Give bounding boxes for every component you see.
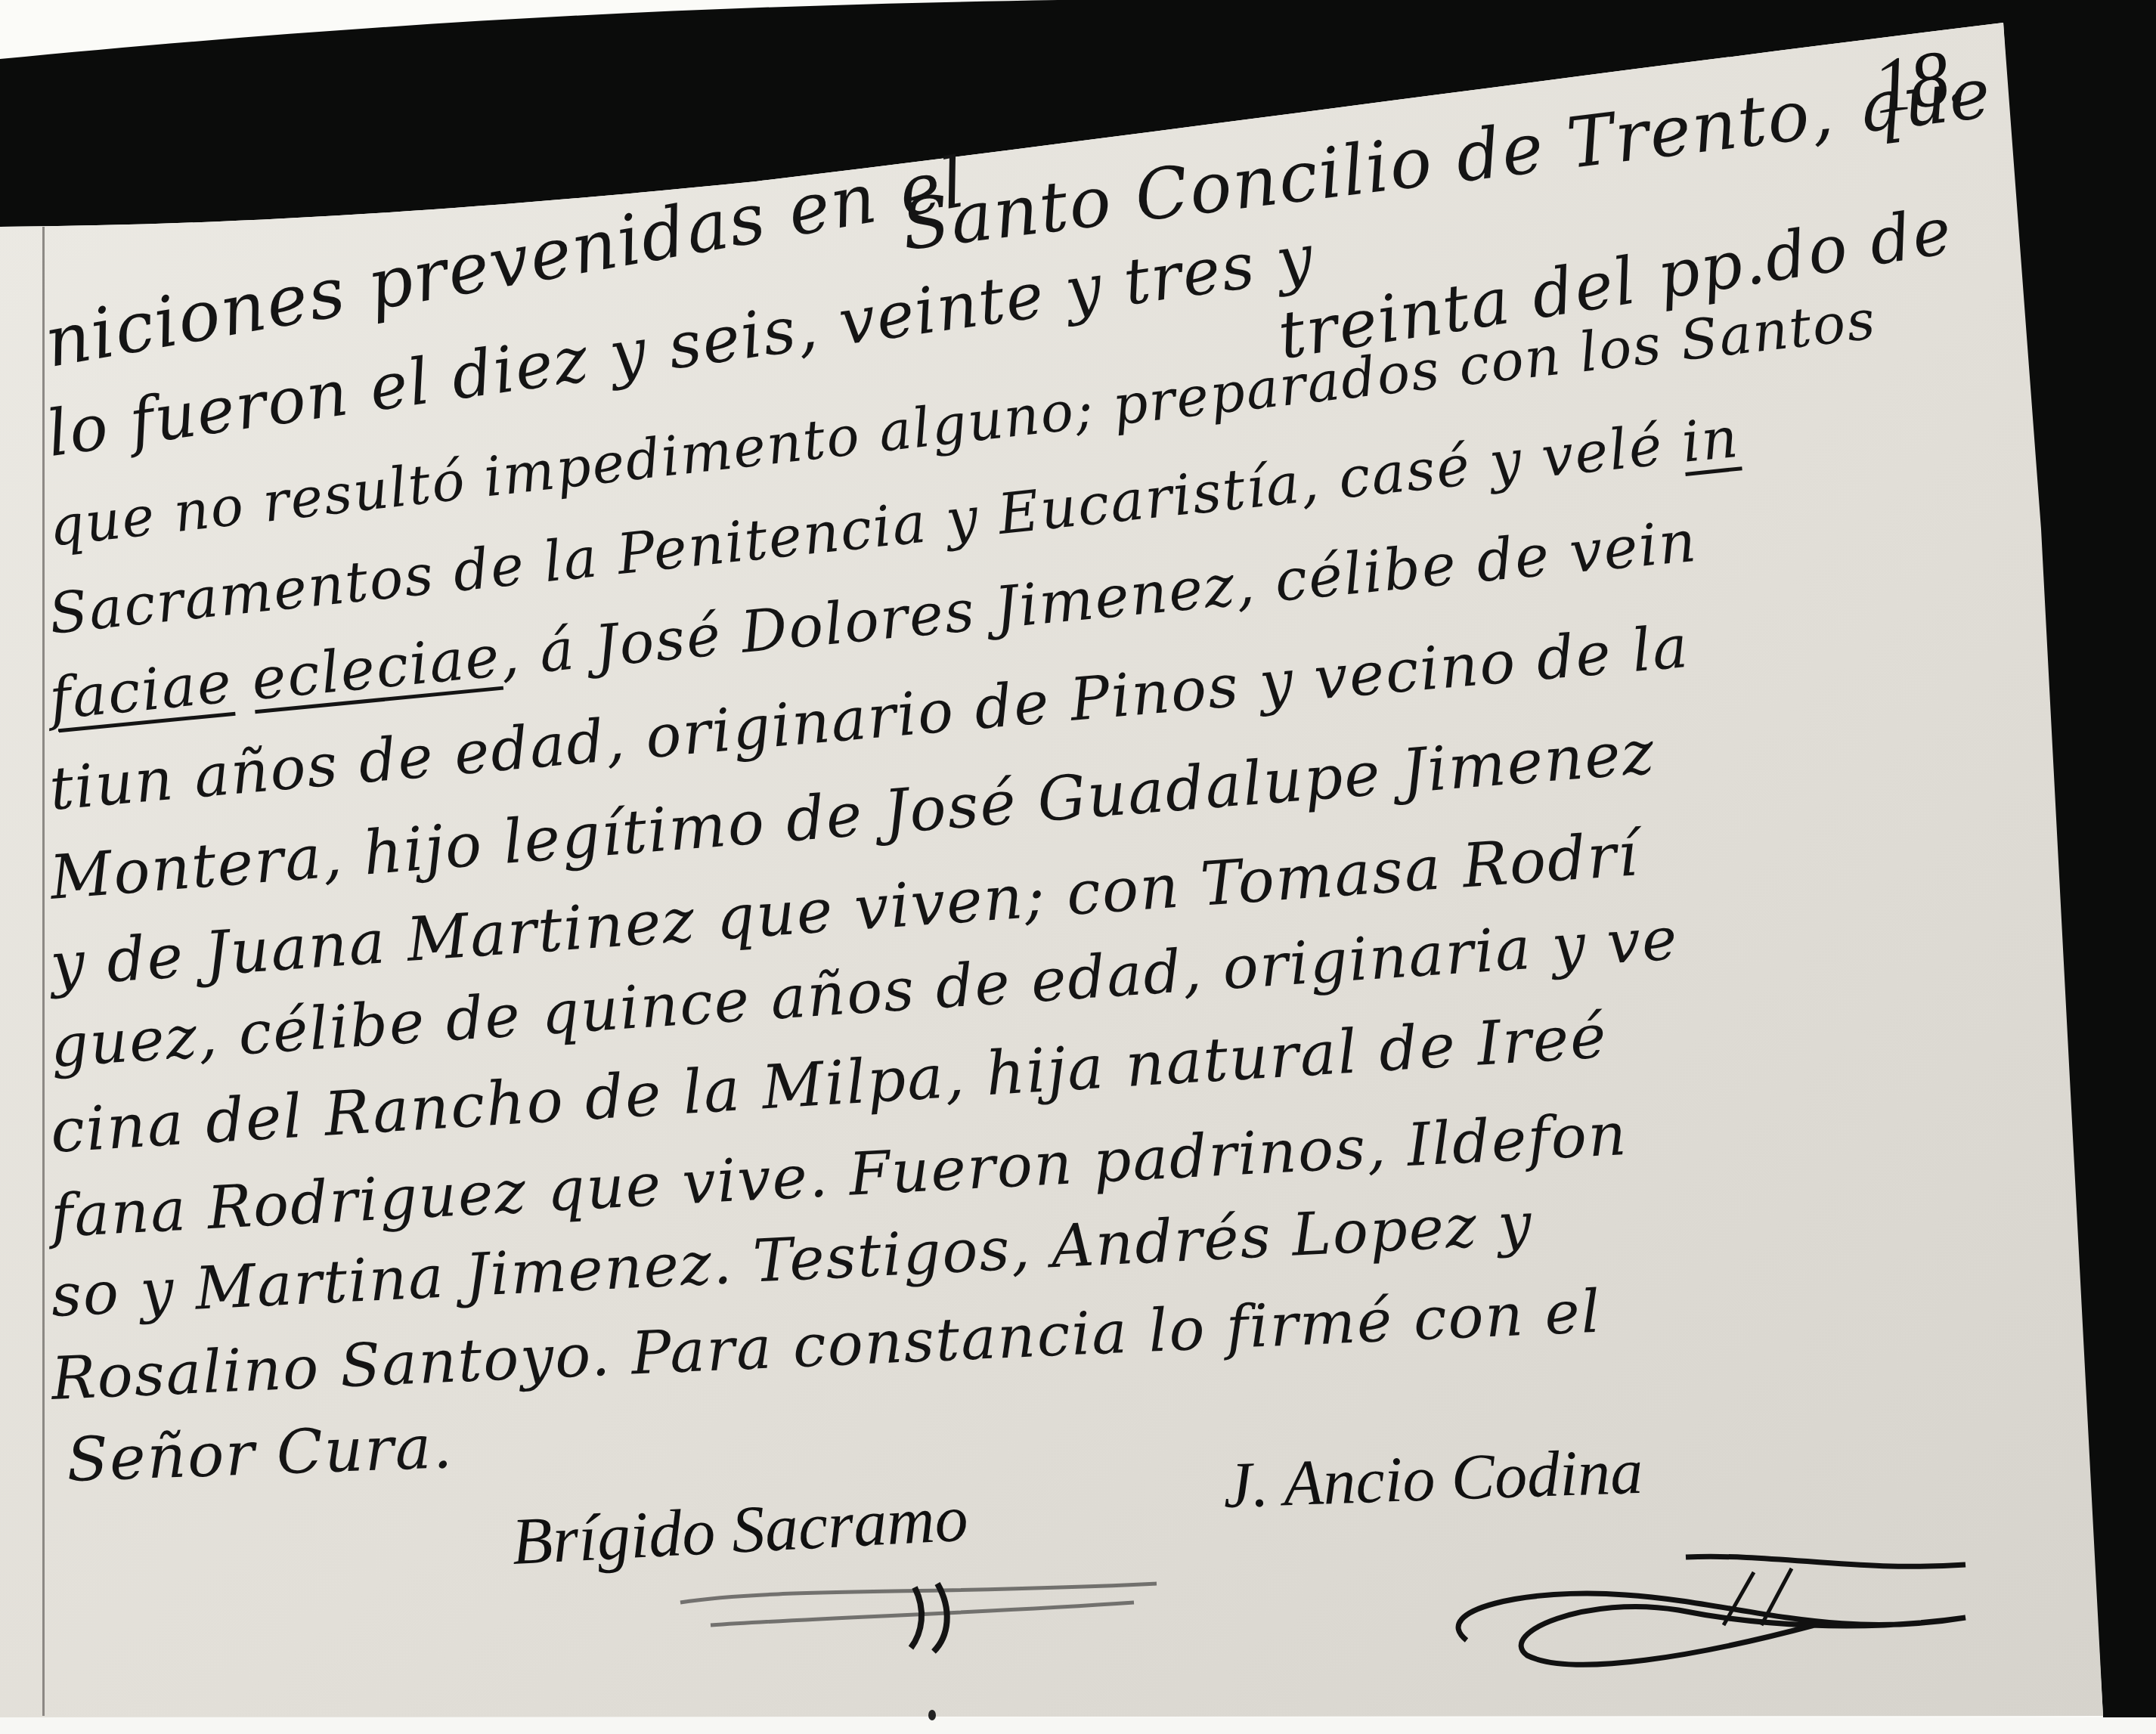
text-line-16: Señor Cura. <box>66 1411 455 1495</box>
ink-mark <box>928 1710 936 1720</box>
underlined-in: in <box>1679 405 1742 475</box>
signature-right-flourish <box>1436 1527 2011 1678</box>
photographed-document-page: 18. Santo Concilio de Trento, que nicion… <box>0 0 2156 1734</box>
handwritten-text-body: Santo Concilio de Trento, que niciones p… <box>0 0 2156 1734</box>
underlined-faciae: faciae <box>46 648 235 732</box>
signature-left-flourish <box>665 1557 1194 1663</box>
signature-right: J. Ancio Codina <box>1222 1433 1644 1523</box>
underlined-ecleciae: ecleciae <box>249 622 503 713</box>
